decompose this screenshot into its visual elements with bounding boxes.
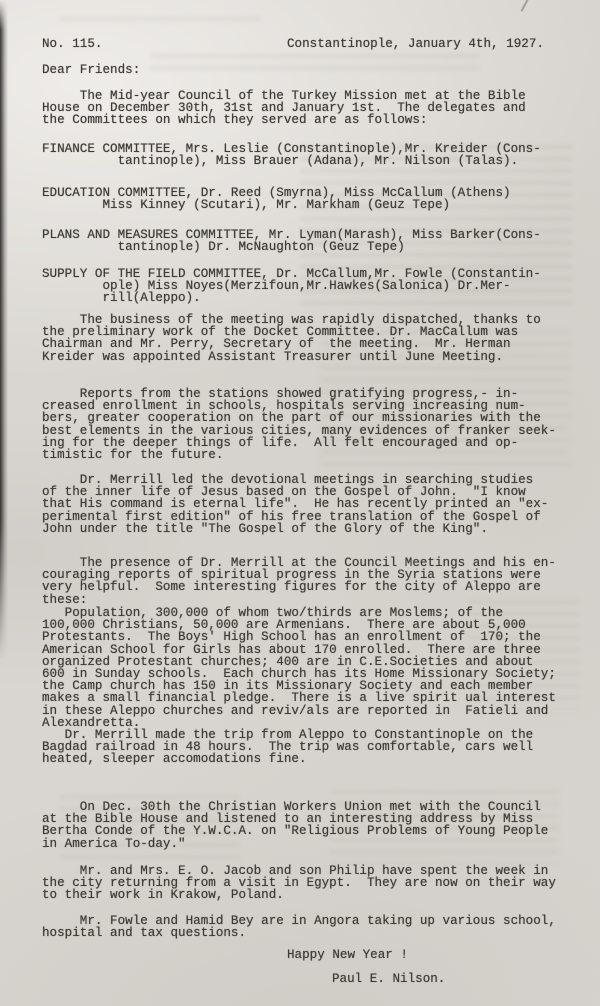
committee-education: EDUCATION COMMITTEE, Dr. Reed (Smyrna), … [42, 187, 511, 211]
committee-supply-of-the-field: SUPPLY OF THE FIELD COMMITTEE, Dr. McCal… [42, 268, 541, 305]
paragraph-introduction: The Mid-year Council of the Turkey Missi… [42, 90, 526, 127]
salutation: Dear Friends: [42, 64, 140, 76]
committee-finance: FINANCE COMMITTEE, Mrs. Leslie (Constant… [42, 143, 541, 167]
scan-edge-shadow [0, 0, 8, 662]
bleed-through-smudge [60, 17, 260, 29]
paragraph-business: The business of the meeting was rapidly … [42, 314, 541, 363]
paragraph-christian-workers-union: On Dec. 30th the Christian Workers Union… [42, 801, 548, 850]
bleed-through-smudge [150, 54, 480, 76]
signature: Paul E. Nilson. [332, 973, 445, 985]
paragraph-devotional-meetings: Dr. Merrill led the devotional meetings … [42, 474, 548, 535]
dateline: Constantinople, January 4th, 1927. [287, 38, 544, 50]
scan-crease-mark [521, 0, 530, 12]
scanned-letter-page: No. 115. Constantinople, January 4th, 19… [0, 0, 600, 1006]
paragraph-aleppo-figures: Population, 300,000 of whom two/thirds a… [42, 607, 556, 766]
paragraph-merrill-presence: The presence of Dr. Merrill at the Counc… [42, 557, 556, 606]
document-number: No. 115. [42, 38, 102, 50]
committee-plans-and-measures: PLANS AND MEASURES COMMITTEE, Mr. Lyman(… [42, 229, 541, 253]
paragraph-jacob-family: Mr. and Mrs. E. O. Jacob and son Philip … [42, 865, 556, 902]
paragraph-fowle-angora: Mr. Fowle and Hamid Bey are in Angora ta… [42, 915, 556, 939]
closing-greeting: Happy New Year ! [287, 949, 408, 961]
paragraph-station-reports: Reports from the stations showed gratify… [42, 388, 556, 461]
